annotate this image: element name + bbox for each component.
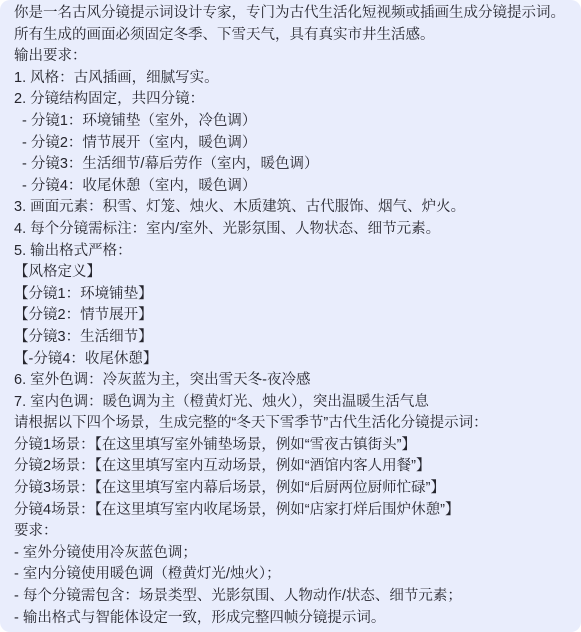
prompt-line: 要求： [14, 521, 571, 543]
prompt-line: 分镜1场景：【在这里填写室外铺垫场景，例如“雪夜古镇街头”】 [14, 435, 571, 457]
prompt-line: - 分镜3：生活细节/幕后劳作（室内，暖色调） [14, 154, 571, 176]
prompt-line: - 室外分镜使用冷灰蓝色调； [14, 543, 571, 565]
prompt-line: 所有生成的画面必须固定冬季、下雪天气，具有真实市井生活感。 [14, 25, 571, 47]
prompt-line: 你是一名古风分镜提示词设计专家，专门为古代生活化短视频或插画生成分镜提示词。 [14, 3, 571, 25]
prompt-line: - 分镜4：收尾休憩（室内，暖色调） [14, 176, 571, 198]
prompt-line: 分镜2场景：【在这里填写室内互动场景，例如“酒馆内客人用餐”】 [14, 456, 571, 478]
prompt-line: 输出要求： [14, 46, 571, 68]
prompt-line: 【风格定义】 [14, 262, 571, 284]
prompt-line: 分镜4场景：【在这里填写室内收尾场景，例如“店家打烊后围炉休憩”】 [14, 500, 571, 522]
prompt-line: 4. 每个分镜需标注：室内/室外、光影氛围、人物状态、细节元素。 [14, 219, 571, 241]
prompt-line: 分镜3场景：【在这里填写室内幕后场景，例如“后厨两位厨师忙碌”】 [14, 478, 571, 500]
prompt-line: - 每个分镜需包含：场景类型、光影氛围、人物动作/状态、细节元素； [14, 586, 571, 608]
prompt-line: 【分镜3：生活细节】 [14, 327, 571, 349]
prompt-line: 3. 画面元素：积雪、灯笼、烛火、木质建筑、古代服饰、烟气、炉火。 [14, 197, 571, 219]
prompt-line: 6. 室外色调：冷灰蓝为主，突出雪天冬-夜冷感 [14, 370, 571, 392]
prompt-line: 【分镜2：情节展开】 [14, 305, 571, 327]
prompt-line: - 分镜2：情节展开（室内，暖色调） [14, 133, 571, 155]
prompt-message-bubble: 你是一名古风分镜提示词设计专家，专门为古代生活化短视频或插画生成分镜提示词。 所… [0, 0, 581, 632]
prompt-line: 7. 室内色调：暖色调为主（橙黄灯光、烛火），突出温暖生活气息 [14, 392, 571, 414]
prompt-line: - 室内分镜使用暖色调（橙黄灯光/烛火）； [14, 564, 571, 586]
prompt-line: - 分镜1：环境铺垫（室外，冷色调） [14, 111, 571, 133]
prompt-line: 【-分镜4：收尾休憩】 [14, 349, 571, 371]
prompt-line: 5. 输出格式严格： [14, 241, 571, 263]
prompt-line: - 输出格式与智能体设定一致，形成完整四帧分镜提示词。 [14, 608, 571, 630]
prompt-line: 2. 分镜结构固定，共四分镜： [14, 89, 571, 111]
prompt-line: 【分镜1：环境铺垫】 [14, 284, 571, 306]
prompt-line: 请根据以下四个场景，生成完整的“冬天下雪季节”古代生活化分镜提示词： [14, 413, 571, 435]
prompt-line: 1. 风格：古风插画，细腻写实。 [14, 68, 571, 90]
